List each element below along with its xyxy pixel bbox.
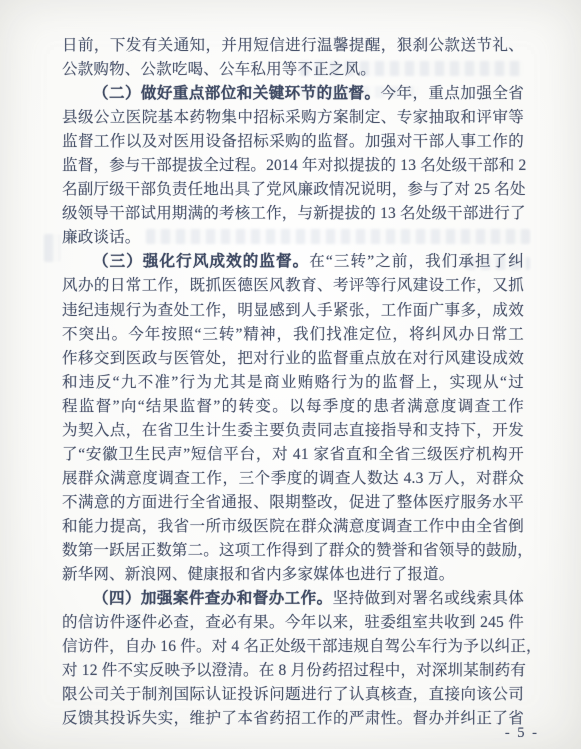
text-segment: 对 12 件不实反映予以澄清。在 8 月份药招过程中，对深圳某制药有: [62, 662, 526, 679]
text-segment: 不满意的方面进行全省通报、限期整改，促进了整体医疗服务水平: [62, 494, 524, 511]
text-segment: 了“安徽卫生民声”短信平台，对 41 家省直和全省三级医疗机构开: [62, 446, 524, 463]
text-segment: 新华网、新浪网、健康报和省内多家媒体也进行了报道。: [62, 566, 455, 583]
text-line: 县级公立医院基本药物集中招标采购方案制定、专家抽取和评审等: [62, 106, 524, 130]
text-line: 廉政谈话。: [62, 226, 524, 250]
text-line: 级领导干部试用期满的考核工作，与新提拔的 13 名处级干部进行了: [62, 202, 524, 226]
text-line: 程监督”向“结果监督”的转变。以每季度的患者满意度调查工作: [62, 395, 524, 419]
text-line: 新华网、新浪网、健康报和省内多家媒体也进行了报道。: [62, 563, 524, 587]
text-segment: 信访件，自办 16 件。对 4 名正处级干部违规自驾公车行为予以纠正，: [62, 638, 542, 655]
text-line: 了“安徽卫生民声”短信平台，对 41 家省直和全省三级医疗机构开: [62, 443, 524, 467]
text-line: 信访件，自办 16 件。对 4 名正处级干部违规自驾公车行为予以纠正，: [62, 635, 524, 659]
text-line: 日前，下发有关通知，并用短信进行温馨提醒，狠刹公款送节礼、: [62, 34, 524, 58]
text-segment: 日前，下发有关通知，并用短信进行温馨提醒，狠刹公款送节礼、: [62, 37, 524, 54]
text-segment: 名副厅级干部负责任地出具了党风廉政情况说明，参与了对 25 名处: [62, 181, 526, 198]
text-segment: 的信访件逐件必查，查必有果。今年以来，驻委组室共收到 245 件: [62, 614, 524, 631]
text-segment: 和能力提高，我省一所市级医院在群众满意度调查工作中由全省倒: [62, 518, 524, 535]
text-line: 展群众满意度调查工作，三个季度的调查人数达 4.3 万人，对群众: [62, 467, 524, 491]
text-segment: 公款购物、公款吃喝、公车私用等不正之风。: [62, 61, 376, 78]
text-line: 的信访件逐件必查，查必有果。今年以来，驻委组室共收到 245 件: [62, 611, 524, 635]
text-segment: 限公司关于制剂国际认证投诉问题进行了认真核查，直接向该公司: [62, 686, 524, 703]
text-line: 监督工作以及对医用设备招标采购的监督。加强对干部人事工作的: [62, 130, 524, 154]
text-segment: 级领导干部试用期满的考核工作，与新提拔的 13 名处级干部进行了: [62, 205, 526, 222]
bleed-through-artifact: [44, 234, 60, 262]
text-segment: 不突出。今年按照“三转”精神，我们找准定位，将纠风办日常工: [62, 326, 524, 343]
text-segment: 廉政谈话。: [62, 229, 141, 246]
text-segment: 展群众满意度调查工作，三个季度的调查人数达 4.3 万人，对群众: [62, 470, 524, 487]
section-heading: （三）强化行风成效的监督。: [93, 253, 309, 270]
text-line: 限公司关于制剂国际认证投诉问题进行了认真核查，直接向该公司: [62, 683, 524, 707]
text-line: 和能力提高，我省一所市级医院在群众满意度调查工作中由全省倒: [62, 515, 524, 539]
text-segment: 程监督”向“结果监督”的转变。以每季度的患者满意度调查工作: [62, 398, 524, 415]
text-line: 监督，参与干部提拔全过程。2014 年对拟提拔的 13 名处级干部和 2: [62, 154, 524, 178]
text-line: 为契入点，在省卫生计生委主要负责同志直接指导和支持下，开发: [62, 419, 524, 443]
text-segment: 为契入点，在省卫生计生委主要负责同志直接指导和支持下，开发: [62, 422, 524, 439]
text-line: 违纪违规行为查处工作，明显感到人手紧张，工作面广事多，成效: [62, 299, 524, 323]
text-line: 不满意的方面进行全省通报、限期整改，促进了整体医疗服务水平: [62, 491, 524, 515]
text-line: （三）强化行风成效的监督。在“三转”之前，我们承担了纠: [62, 250, 524, 274]
text-line: 风办的日常工作，既抓医德医风教育、考评等行风建设工作，又抓: [62, 274, 524, 298]
text-segment: 和违反“九不准”行为尤其是商业贿赂行为的监督上，实现从“过: [62, 374, 524, 391]
text-line: 对 12 件不实反映予以澄清。在 8 月份药招过程中，对深圳某制药有: [62, 659, 524, 683]
text-line: （二）做好重点部位和关键环节的监督。今年，重点加强全省: [62, 82, 524, 106]
section-heading: （四）加强案件查办和督办工作。: [93, 590, 333, 607]
document-page: 日前，下发有关通知，并用短信进行温馨提醒，狠刹公款送节礼、公款购物、公款吃喝、公…: [0, 0, 581, 749]
text-segment: 县级公立医院基本药物集中招标采购方案制定、专家抽取和评审等: [62, 109, 524, 126]
text-line: 名副厅级干部负责任地出具了党风廉政情况说明，参与了对 25 名处: [62, 178, 524, 202]
text-segment: 数第一跃居正数第二。这项工作得到了群众的赞誉和省领导的鼓励，: [62, 542, 533, 559]
text-segment: 监督工作以及对医用设备招标采购的监督。加强对干部人事工作的: [62, 133, 524, 150]
text-segment: 在“三转”之前，我们承担了纠: [309, 253, 524, 270]
text-segment: 作移交到医政与医管处，把对行业的监督重点放在对行风建设成效: [62, 350, 524, 367]
text-line: 反馈其投诉失实，维护了本省药招工作的严肃性。督办并纠正了省: [62, 707, 524, 731]
text-segment: 违纪违规行为查处工作，明显感到人手紧张，工作面广事多，成效: [62, 302, 524, 319]
text-segment: 坚持做到对署名或线索具体: [333, 590, 524, 607]
text-line: 作移交到医政与医管处，把对行业的监督重点放在对行风建设成效: [62, 347, 524, 371]
text-line: 公款购物、公款吃喝、公车私用等不正之风。: [62, 58, 524, 82]
section-heading: （二）做好重点部位和关键环节的监督。: [93, 85, 381, 102]
text-segment: 风办的日常工作，既抓医德医风教育、考评等行风建设工作，又抓: [62, 277, 524, 294]
document-body: 日前，下发有关通知，并用短信进行温馨提醒，狠刹公款送节礼、公款购物、公款吃喝、公…: [62, 34, 524, 731]
text-line: 不突出。今年按照“三转”精神，我们找准定位，将纠风办日常工: [62, 323, 524, 347]
text-line: （四）加强案件查办和督办工作。坚持做到对署名或线索具体: [62, 587, 524, 611]
text-line: 和违反“九不准”行为尤其是商业贿赂行为的监督上，实现从“过: [62, 371, 524, 395]
page-number: - 5 -: [505, 725, 539, 742]
text-segment: 监督，参与干部提拔全过程。2014 年对拟提拔的 13 名处级干部和 2: [62, 157, 526, 174]
text-line: 数第一跃居正数第二。这项工作得到了群众的赞誉和省领导的鼓励，: [62, 539, 524, 563]
text-segment: 反馈其投诉失实，维护了本省药招工作的严肃性。督办并纠正了省: [62, 710, 524, 727]
text-segment: 今年，重点加强全省: [381, 85, 524, 102]
